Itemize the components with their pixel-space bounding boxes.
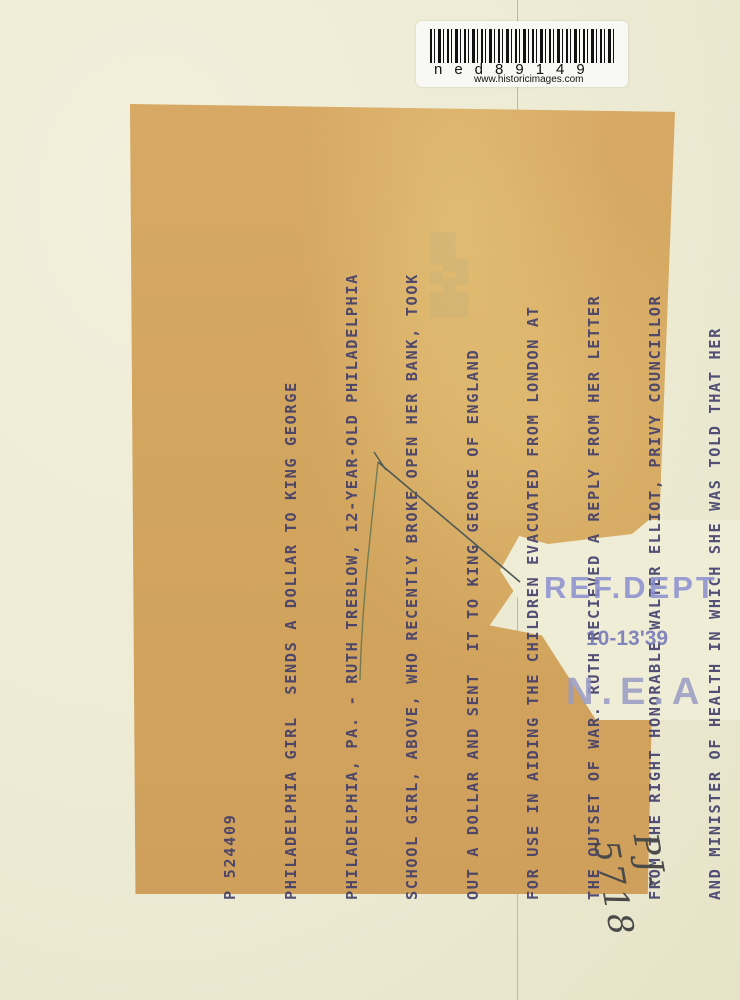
caption-line: SCHOOL GIRL, ABOVE, WHO RECENTLY BROKE O… — [402, 180, 422, 900]
caption-line: FOR USE IN AIDING THE CHILDREN EVACUATED… — [523, 180, 543, 900]
caption-line: FROM THE RIGHT HONORABLE WALTER ELLIOT, … — [645, 180, 665, 900]
caption-line: PHILADELPHIA, PA. - RUTH TREBLOW, 12-YEA… — [342, 180, 362, 900]
caption-headline: PHILADELPHIA GIRL SENDS A DOLLAR TO KING… — [281, 180, 301, 900]
barcode-icon — [430, 29, 616, 63]
caption-line: P 524409 — [220, 180, 240, 900]
stamp-date: 10-13'39 — [586, 627, 668, 651]
stamp-ref-dept: REF.DEPT — [544, 570, 718, 606]
stamp-organization: N.E.A — [566, 671, 707, 714]
barcode-url: www.historicimages.com — [474, 74, 583, 85]
caption-text: P 524409 PHILADELPHIA GIRL SENDS A DOLLA… — [180, 180, 740, 900]
caption-line: AND MINISTER OF HEALTH IN WHICH SHE WAS … — [705, 180, 725, 900]
caption-line: THE OUTSET OF WAR. RUTH RECIEVED A REPLY… — [584, 180, 604, 900]
handwritten-note: PJ-5718 — [585, 830, 681, 941]
caption-line: OUT A DOLLAR AND SENT IT TO KING GEORGE … — [463, 180, 483, 900]
barcode-label: ned89149 www.historicimages.com — [416, 21, 628, 87]
